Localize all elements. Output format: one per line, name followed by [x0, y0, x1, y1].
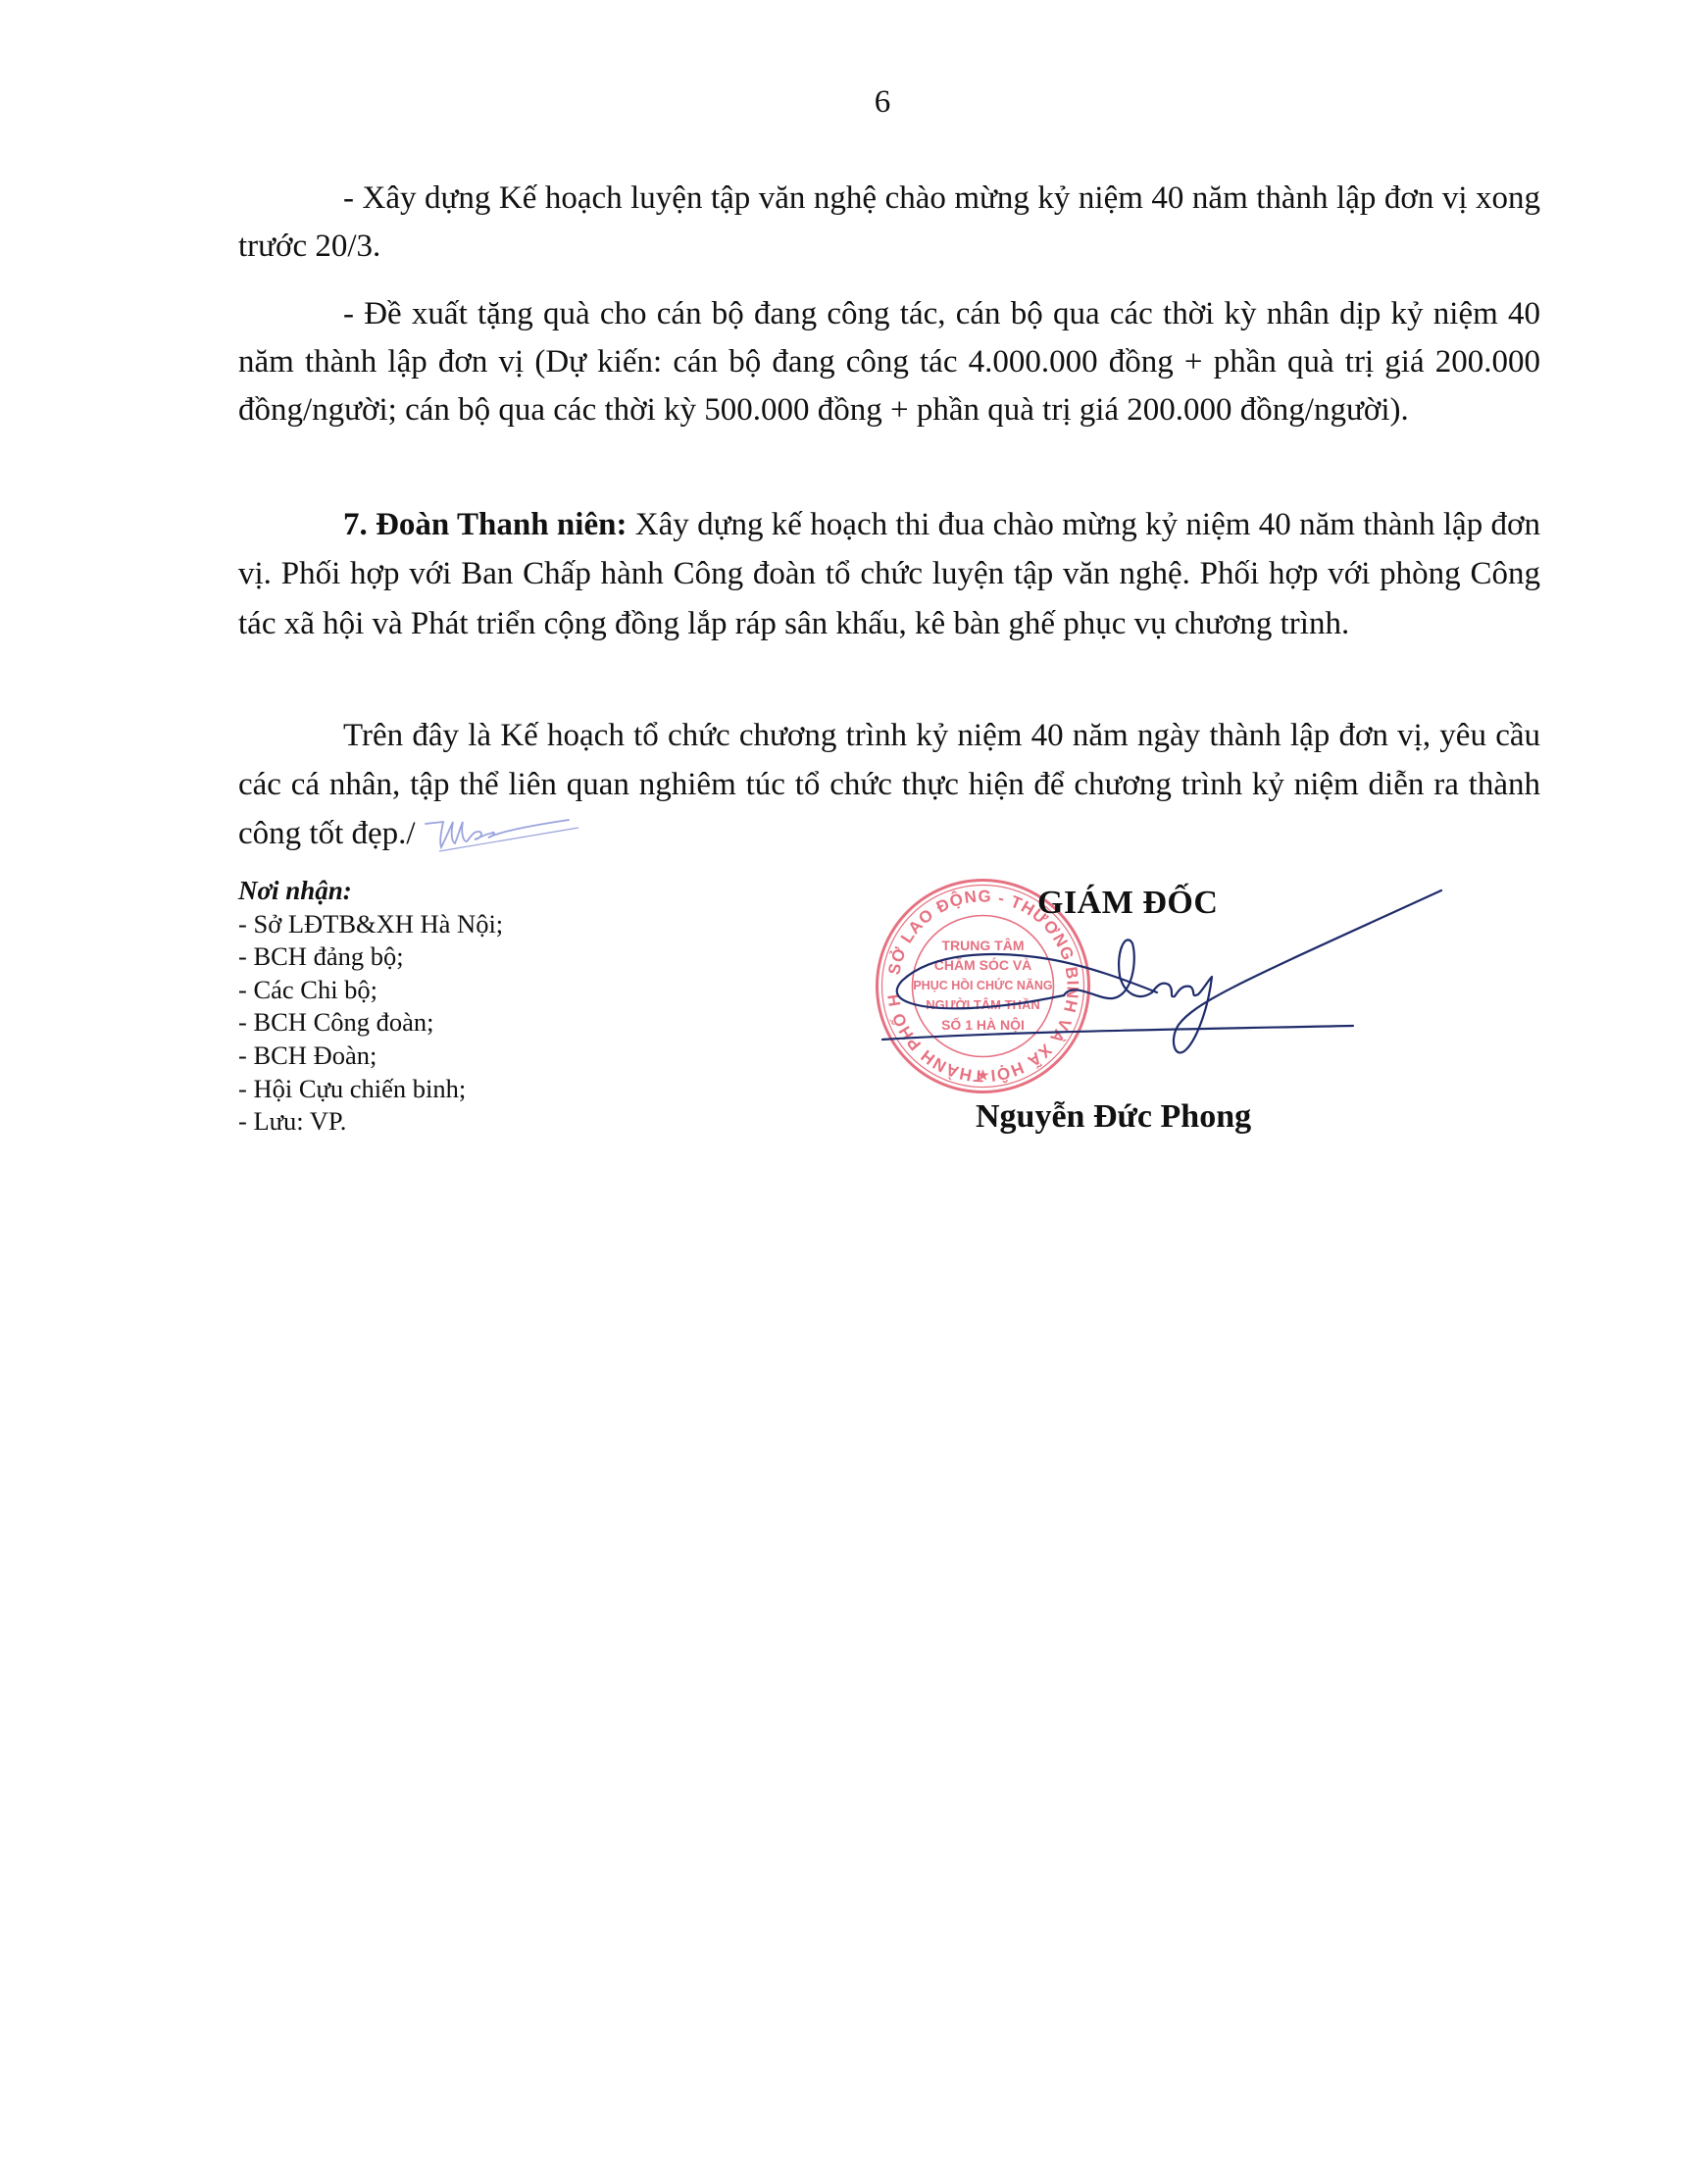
handwritten-signature-icon	[863, 883, 1471, 1089]
section-heading-youth-union: 7. Đoàn Thanh niên:	[343, 507, 627, 542]
initial-mark-icon	[422, 814, 588, 853]
paragraph-closing: Trên đây là Kế hoạch tổ chức chương trìn…	[238, 711, 1540, 858]
recipient-item: - Sở LĐTB&XH Hà Nội;	[238, 908, 503, 941]
recipient-item: - BCH Đoàn;	[238, 1040, 503, 1073]
recipients-title: Nơi nhận:	[238, 875, 503, 908]
paragraph-youth-union: 7. Đoàn Thanh niên: Xây dựng kế hoạch th…	[238, 500, 1540, 648]
recipient-item: - BCH đảng bộ;	[238, 940, 503, 974]
recipient-item: - Hội Cựu chiến binh;	[238, 1073, 503, 1106]
recipients-list: Nơi nhận: - Sở LĐTB&XH Hà Nội; - BCH đản…	[238, 875, 503, 1139]
signer-name: Nguyễn Đức Phong	[976, 1098, 1251, 1136]
paragraph-rehearsal-plan: - Xây dựng Kế hoạch luyện tập văn nghệ c…	[238, 175, 1540, 271]
recipient-item: - Các Chi bộ;	[238, 974, 503, 1007]
recipient-item: - BCH Công đoàn;	[238, 1006, 503, 1040]
page-number: 6	[0, 84, 1708, 121]
paragraph-gift-proposal: - Đề xuất tặng quà cho cán bộ đang công …	[238, 290, 1540, 434]
recipient-item: - Lưu: VP.	[238, 1105, 503, 1139]
